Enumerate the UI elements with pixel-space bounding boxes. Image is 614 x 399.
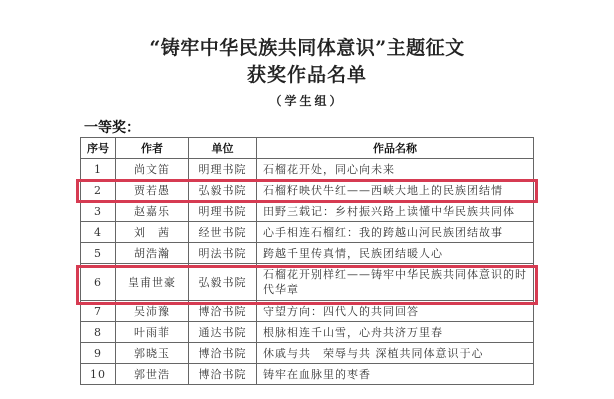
awards-table: 序号 作者 单位 作品名称 1 尚文笛 明理书院 石榴花开处，同心向未来 2 贾… <box>80 137 534 385</box>
cell-number: 8 <box>81 322 116 343</box>
cell-unit: 弘毅书院 <box>189 264 257 301</box>
document-title-line1: “铸牢中华民族共同体意识”主题征文 <box>0 33 614 60</box>
cell-title: 石榴花开处，同心向未来 <box>257 159 534 180</box>
cell-unit: 明理书院 <box>189 159 257 180</box>
cell-title: 守望方向：四代人的共同回答 <box>257 301 534 322</box>
cell-title: 根脉相连千山雪，心舟共济万里春 <box>257 322 534 343</box>
cell-title: 休戚与共 荣辱与共 深植共同体意识于心 <box>257 343 534 364</box>
table-row: 9 郭晓玉 博洽书院 休戚与共 荣辱与共 深植共同体意识于心 <box>81 343 534 364</box>
cell-author: 皇甫世豪 <box>116 264 189 301</box>
table-row: 3 赵嘉乐 明理书院 田野三载记：乡村振兴路上读懂中华民族共同体 <box>81 201 534 222</box>
cell-author: 胡浩瀚 <box>116 243 189 264</box>
table-row: 4 刘 茜 经世书院 心手相连石榴红：我的跨越山河民族团结故事 <box>81 222 534 243</box>
cell-title: 心手相连石榴红：我的跨越山河民族团结故事 <box>257 222 534 243</box>
cell-title: 石榴籽映伏牛红——西峡大地上的民族团结情 <box>257 180 534 201</box>
cell-unit: 博洽书院 <box>189 301 257 322</box>
cell-unit: 弘毅书院 <box>189 180 257 201</box>
table-row: 2 贾若愚 弘毅书院 石榴籽映伏牛红——西峡大地上的民族团结情 <box>81 180 534 201</box>
header-unit: 单位 <box>189 138 257 159</box>
cell-title: 铸牢在血脉里的枣香 <box>257 364 534 385</box>
table-row: 8 叶雨菲 通达书院 根脉相连千山雪，心舟共济万里春 <box>81 322 534 343</box>
cell-number: 6 <box>81 264 116 301</box>
cell-unit: 通达书院 <box>189 322 257 343</box>
table-row: 5 胡浩瀚 明法书院 跨越千里传真情，民族团结暖人心 <box>81 243 534 264</box>
table-row: 10 郭世浩 博洽书院 铸牢在血脉里的枣香 <box>81 364 534 385</box>
cell-title: 石榴花开别样红——铸牢中华民族共同体意识的时代华章 <box>257 264 534 301</box>
cell-number: 7 <box>81 301 116 322</box>
header-title: 作品名称 <box>257 138 534 159</box>
cell-unit: 明法书院 <box>189 243 257 264</box>
table-row: 7 吴沛豫 博洽书院 守望方向：四代人的共同回答 <box>81 301 534 322</box>
cell-number: 5 <box>81 243 116 264</box>
header-number: 序号 <box>81 138 116 159</box>
cell-number: 1 <box>81 159 116 180</box>
cell-author: 刘 茜 <box>116 222 189 243</box>
cell-unit: 博洽书院 <box>189 364 257 385</box>
header-author: 作者 <box>116 138 189 159</box>
cell-number: 2 <box>81 180 116 201</box>
cell-author: 叶雨菲 <box>116 322 189 343</box>
document-title-line2: 获奖作品名单 <box>0 60 614 87</box>
cell-unit: 明理书院 <box>189 201 257 222</box>
document-subtitle: （学生组） <box>0 92 614 109</box>
cell-number: 4 <box>81 222 116 243</box>
cell-author: 赵嘉乐 <box>116 201 189 222</box>
cell-number: 9 <box>81 343 116 364</box>
cell-unit: 经世书院 <box>189 222 257 243</box>
cell-number: 10 <box>81 364 116 385</box>
cell-unit: 博洽书院 <box>189 343 257 364</box>
cell-author: 郭世浩 <box>116 364 189 385</box>
table-header-row: 序号 作者 单位 作品名称 <box>81 138 534 159</box>
prize-heading: 一等奖： <box>84 117 140 137</box>
table-row: 1 尚文笛 明理书院 石榴花开处，同心向未来 <box>81 159 534 180</box>
cell-title: 跨越千里传真情，民族团结暖人心 <box>257 243 534 264</box>
cell-number: 3 <box>81 201 116 222</box>
cell-title: 田野三载记：乡村振兴路上读懂中华民族共同体 <box>257 201 534 222</box>
cell-author: 尚文笛 <box>116 159 189 180</box>
cell-author: 吴沛豫 <box>116 301 189 322</box>
cell-author: 郭晓玉 <box>116 343 189 364</box>
table-row: 6 皇甫世豪 弘毅书院 石榴花开别样红——铸牢中华民族共同体意识的时代华章 <box>81 264 534 301</box>
cell-author: 贾若愚 <box>116 180 189 201</box>
